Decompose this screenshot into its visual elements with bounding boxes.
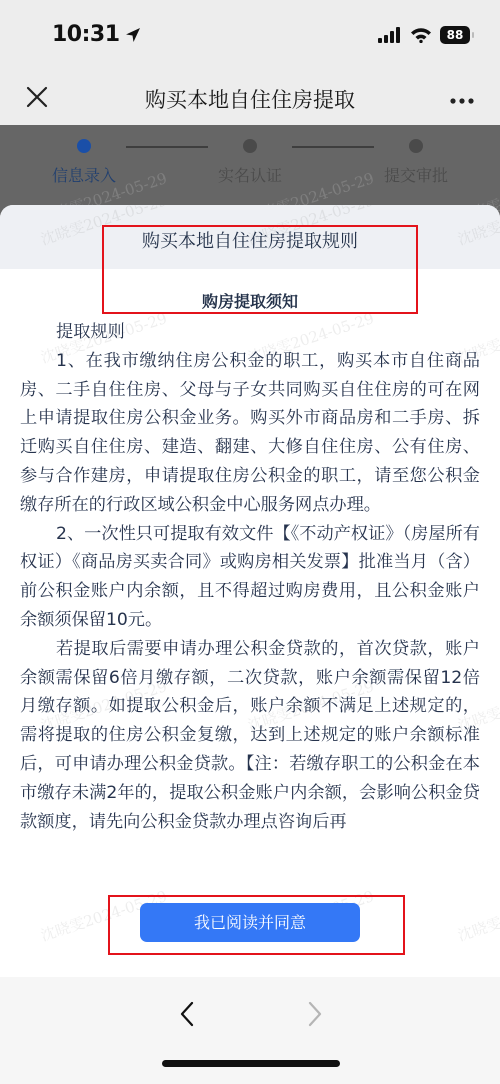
step-label: 信息录入 <box>34 163 134 186</box>
step-dot-active <box>77 139 91 153</box>
rules-content: 提取规则 1、在我市缴纳住房公积金的职工，购买本市自住商品房、二手自住住房、父母… <box>20 318 480 836</box>
time-text: 10:31 <box>52 22 120 47</box>
step-real-name-auth: 实名认证 <box>200 139 300 186</box>
step-label: 实名认证 <box>200 163 300 186</box>
step-dot <box>409 139 423 153</box>
status-icons: 88 <box>378 26 470 44</box>
step-connector <box>126 146 208 148</box>
step-info-entry: 信息录入 <box>34 139 134 186</box>
wifi-icon <box>410 27 432 43</box>
rules-scroll-area[interactable]: 购房提取须知 提取规则 1、在我市缴纳住房公积金的职工，购买本市自住商品房、二手… <box>0 205 500 883</box>
location-arrow-icon <box>124 26 142 44</box>
step-connector <box>292 146 374 148</box>
more-options-icon[interactable] <box>450 88 474 114</box>
step-submit-approval: 提交审批 <box>366 139 466 186</box>
rules-modal: 购买本地自住住房提取规则 购房提取须知 提取规则 1、在我市缴纳住房公积金的职工… <box>0 205 500 977</box>
cellular-signal-icon <box>378 27 402 43</box>
notice-title: 购房提取须知 <box>0 289 500 312</box>
rule-paragraph: 2、一次性只可提取有效文件【《不动产权证》（房屋所有权证）《商品房买卖合同》或购… <box>20 520 480 635</box>
watermark: 沈晓雯2024-05-29 <box>455 885 500 946</box>
agree-button[interactable]: 我已阅读并同意 <box>140 903 360 942</box>
status-bar: 10:31 88 <box>0 0 500 70</box>
battery-level: 88 <box>447 28 464 42</box>
progress-steps: 信息录入 实名认证 提交审批 <box>0 125 500 205</box>
battery-icon: 88 <box>440 26 470 44</box>
home-indicator <box>162 1060 340 1067</box>
step-dot <box>243 139 257 153</box>
nav-bar: 购买本地自住住房提取 <box>0 70 500 125</box>
rule-heading: 提取规则 <box>20 318 480 347</box>
forward-arrow-icon[interactable] <box>302 999 328 1029</box>
back-arrow-icon[interactable] <box>174 999 200 1029</box>
bottom-toolbar <box>0 977 500 1084</box>
status-time: 10:31 <box>52 22 142 47</box>
rule-paragraph: 1、在我市缴纳住房公积金的职工，购买本市自住商品房、二手自住住房、父母与子女共同… <box>20 347 480 520</box>
step-label: 提交审批 <box>366 163 466 186</box>
page-title: 购买本地自住住房提取 <box>0 84 500 114</box>
rule-paragraph: 若提取后需要申请办理公积金贷款的，首次贷款，账户余额需保留6倍月缴存额，二次贷款… <box>20 635 480 837</box>
